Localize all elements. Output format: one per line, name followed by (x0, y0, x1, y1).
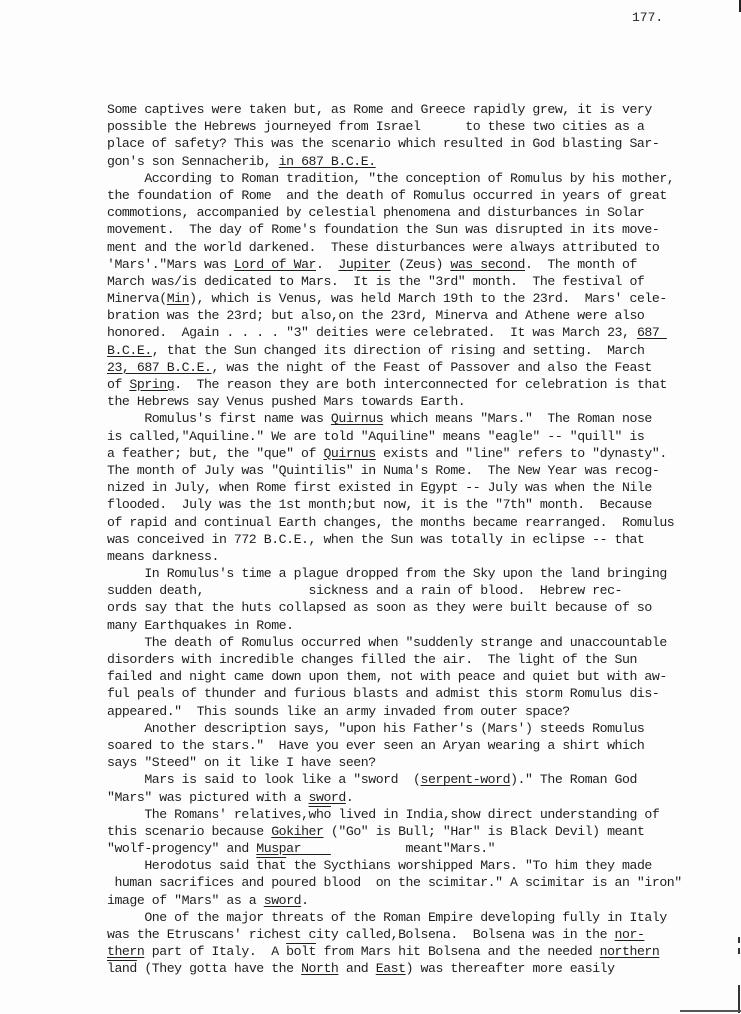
text-line: nized in July, when Rome first existed i… (107, 479, 687, 496)
text-line: One of the major threats of the Roman Em… (107, 909, 687, 926)
page-number: 177. (632, 10, 663, 25)
text-line: this scenario because Gokiher ("Go" is B… (107, 823, 687, 840)
text-line: was conceived in 772 B.C.E., when the Su… (107, 531, 687, 548)
text-line: flooded. July was the 1st month;but now,… (107, 496, 687, 513)
scan-edge-mark (738, 948, 740, 954)
underlined-text: East (376, 961, 406, 976)
underlined-text: thern (107, 944, 144, 959)
scan-edge-mark (680, 1010, 741, 1012)
text-line: The month of July was "Quintilis" in Num… (107, 462, 687, 479)
typewritten-body-text: Some captives were taken but, as Rome an… (107, 101, 687, 978)
underlined-text: Jupiter (338, 257, 390, 272)
overlined-text: that (256, 858, 286, 873)
text-line: "wolf-progency" and Muspar meant"Mars." (107, 840, 687, 857)
underlined-text: B.C.E. (107, 343, 152, 358)
underlined-text: in 687 B.C.E. (279, 154, 376, 169)
text-line: place of safety? This was the scenario w… (107, 135, 687, 152)
text-line: is called,"Aquiline." We are told "Aquil… (107, 428, 687, 445)
text-line: In Romulus's time a plague dropped from … (107, 565, 687, 582)
text-line: thern part of Italy. A bolt from Mars hi… (107, 943, 687, 960)
text-line: human sacrifices and poured blood on the… (107, 874, 687, 891)
text-line: March was/is dedicated to Mars. It is th… (107, 273, 687, 290)
underlined-text: Gokiher (271, 824, 323, 839)
text-line: image of "Mars" as a sword. (107, 892, 687, 909)
text-line: According to Roman tradition, "the conce… (107, 170, 687, 187)
text-line: Another description says, "upon his Fath… (107, 720, 687, 737)
underlined-text: 23, 687 B.C.E. (107, 360, 212, 375)
text-line: ful peals of thunder and furious blasts … (107, 685, 687, 702)
underlined-text: Lord of War (234, 257, 316, 272)
text-line: many Earthquakes in Rome. (107, 617, 687, 634)
text-line: possible the Hebrews journeyed from Isra… (107, 118, 687, 135)
overlined-text: who (309, 807, 331, 822)
underlined-text: North (301, 961, 338, 976)
text-line: of Spring. The reason they are both inte… (107, 376, 687, 393)
text-line: land (They gotta have the North and East… (107, 960, 687, 977)
text-line: disorders with incredible changes filled… (107, 651, 687, 668)
text-line: bration was the 23rd; but also,on the 23… (107, 307, 687, 324)
underlined-text: sword (264, 893, 301, 908)
underlined-text: Spring (129, 377, 174, 392)
text-line: sudden death, sickness and a rain of blo… (107, 582, 687, 599)
overlined-text: bolt (286, 944, 316, 959)
scan-edge-mark (738, 985, 740, 1013)
text-line: gon's son Sennacherib, in 687 B.C.E. (107, 153, 687, 170)
text-line: Romulus's first name was Quirnus which m… (107, 410, 687, 427)
text-line: the Hebrews say Venus pushed Mars toward… (107, 393, 687, 410)
underlined-text: was second (450, 257, 525, 272)
text-line: appeared." This sounds like an army inva… (107, 703, 687, 720)
text-line: Mars is said to look like a "sword (serp… (107, 771, 687, 788)
text-line: the foundation of Rome and the death of … (107, 187, 687, 204)
text-line: honored. Again . . . . "3" deities were … (107, 324, 687, 341)
text-line: ment and the world darkened. These distu… (107, 239, 687, 256)
underlined-text: Quirnus (331, 411, 383, 426)
text-line: The Romans' relatives,who lived in India… (107, 806, 687, 823)
text-line: of rapid and continual Earth changes, th… (107, 514, 687, 531)
text-line: ords say that the huts collapsed as soon… (107, 599, 687, 616)
text-line: failed and night came down upon them, no… (107, 668, 687, 685)
text-line: Some captives were taken but, as Rome an… (107, 101, 687, 118)
text-line: says "Steed" on it like I have seen? (107, 754, 687, 771)
underlined-text: sword (309, 790, 346, 805)
text-line: Herodotus said that the Sycthians worshi… (107, 857, 687, 874)
text-line: 23, 687 B.C.E., was the night of the Fea… (107, 359, 687, 376)
text-line: Minerva(Min), which is Venus, was held M… (107, 290, 687, 307)
text-line: was the Etruscans' richest city called,B… (107, 926, 687, 943)
text-line: commotions, accompanied by celestial phe… (107, 204, 687, 221)
underlined-text: Muspar (256, 841, 331, 856)
text-line: soared to the stars." Have you ever seen… (107, 737, 687, 754)
underlined-text: Quirnus (323, 446, 375, 461)
text-line: movement. The day of Rome's foundation t… (107, 221, 687, 238)
underlined-text: northern (600, 944, 660, 959)
underlined-text: Min (167, 291, 189, 306)
underlined-text: 687 (637, 325, 667, 340)
text-line: The death of Romulus occurred when "sudd… (107, 634, 687, 651)
document-page: 177. Some captives were taken but, as Ro… (0, 0, 741, 1014)
overlined-text: land (107, 961, 137, 976)
text-line: B.C.E., that the Sun changed its directi… (107, 342, 687, 359)
text-line: a feather; but, the "que" of Quirnus exi… (107, 445, 687, 462)
underlined-text: serpent-word (420, 772, 510, 787)
scan-edge-mark (738, 937, 740, 943)
underlined-text: nor- (615, 927, 645, 942)
text-line: 'Mars'."Mars was Lord of War. Jupiter (Z… (107, 256, 687, 273)
text-line: means darkness. (107, 548, 687, 565)
text-line: "Mars" was pictured with a sword. (107, 789, 687, 806)
